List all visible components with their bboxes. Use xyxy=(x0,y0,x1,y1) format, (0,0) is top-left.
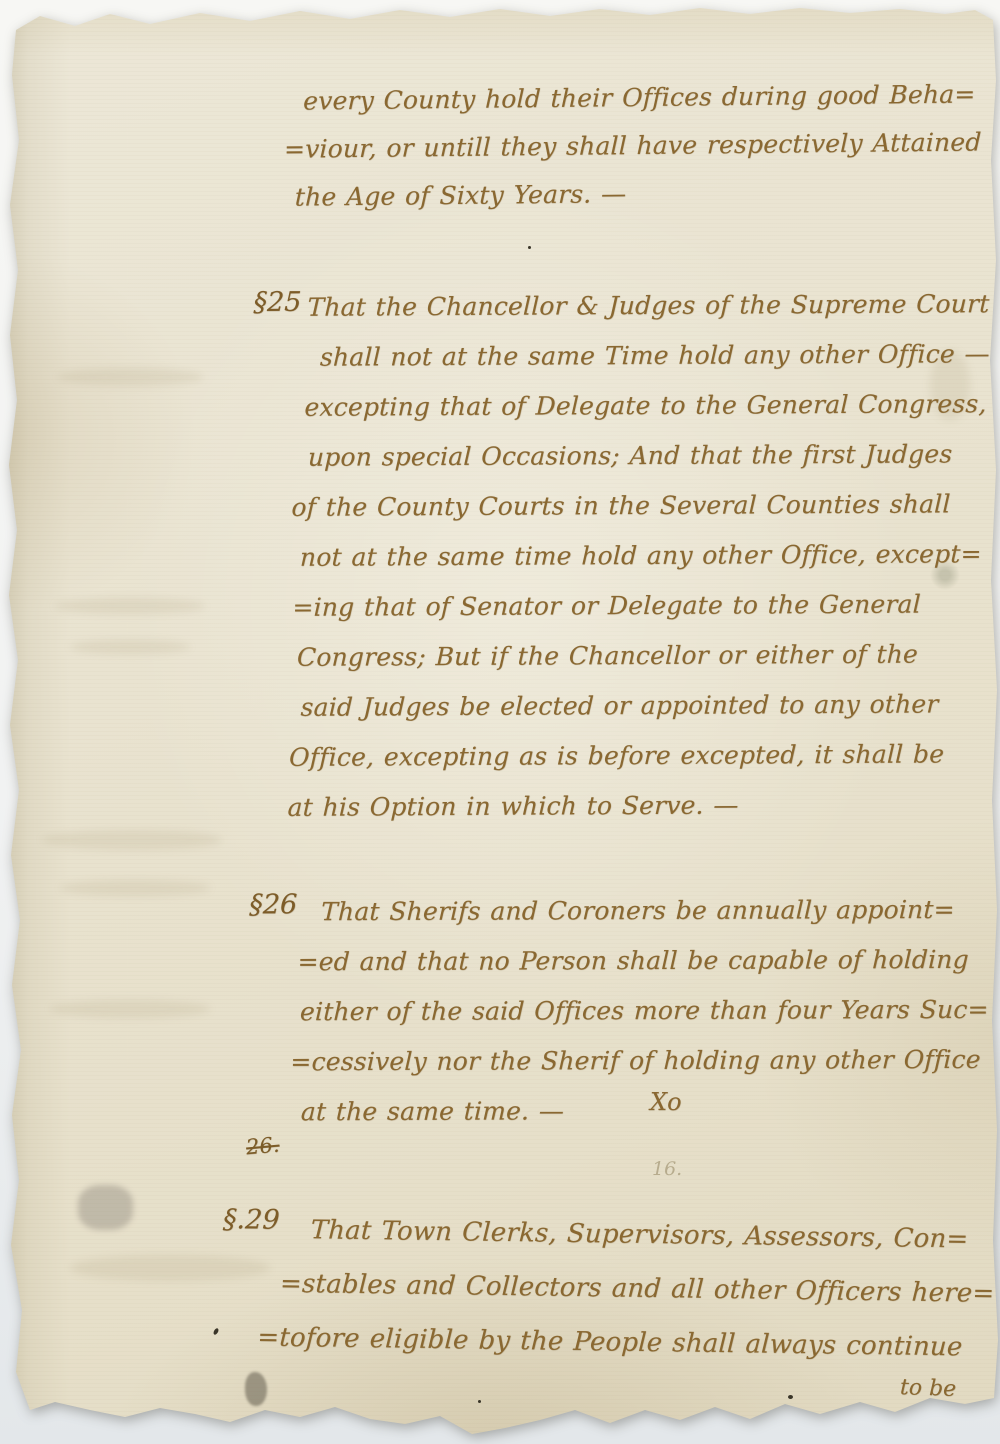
manuscript-line: said Judges be elected or appointed to a… xyxy=(300,679,980,733)
manuscript-line: =viour, or untill they shall have respec… xyxy=(283,118,982,173)
manuscript-line: =ing that of Senator or Delegate to the … xyxy=(292,579,983,633)
ink-fleck xyxy=(788,1395,793,1399)
manuscript-line: of the County Courts in the Several Coun… xyxy=(291,479,986,533)
showthrough-mark xyxy=(70,1255,270,1281)
manuscript-page: every County hold their Offices during g… xyxy=(0,0,1000,1444)
manuscript-line: not at the same time hold any other Offi… xyxy=(299,529,984,583)
manuscript-line: Office, excepting as is before excepted,… xyxy=(288,729,978,783)
section-number: §25 xyxy=(253,287,302,318)
showthrough-mark xyxy=(60,880,210,896)
manuscript-line: =tofore eligible by the People shall alw… xyxy=(256,1311,993,1375)
manuscript-line: Congress; But if the Chancellor or eithe… xyxy=(296,629,981,683)
graphite-smudge xyxy=(78,1185,133,1230)
manuscript-line: shall not at the same Time hold any othe… xyxy=(319,329,990,383)
section-29: §.29 That Town Clerks, Supervisors, Asse… xyxy=(304,1203,998,1374)
showthrough-mark xyxy=(70,640,190,654)
paragraph-opening: every County hold their Offices during g… xyxy=(300,70,983,221)
showthrough-mark xyxy=(50,1000,210,1018)
manuscript-line: the Age of Sixty Years. — xyxy=(294,166,981,221)
manuscript-line: =cessively nor the Sherif of holding any… xyxy=(290,1035,988,1087)
manuscript-line: That Town Clerks, Supervisors, Assessors… xyxy=(309,1203,998,1267)
catchword: to be xyxy=(900,1375,957,1402)
x-annotation: Xo xyxy=(650,1088,682,1116)
manuscript-line: That the Chancellor & Judges of the Supr… xyxy=(307,279,992,333)
manuscript-line: =ed and that no Person shall be capable … xyxy=(297,935,991,987)
manuscript-line: =stables and Collectors and all other Of… xyxy=(279,1257,996,1321)
section-number: §.29 xyxy=(222,1204,280,1236)
manuscript-line: excepting that of Delegate to the Genera… xyxy=(304,379,989,433)
scan-background: every County hold their Offices during g… xyxy=(0,0,1000,1444)
manuscript-line: at his Option in which to Serve. — xyxy=(287,779,977,833)
manuscript-line: upon special Occasions; And that the fir… xyxy=(307,429,987,483)
section-number: §26 xyxy=(249,889,298,920)
showthrough-mark xyxy=(58,368,203,386)
section-25: §25 That the Chancellor & Judges of the … xyxy=(292,279,992,833)
ink-fleck xyxy=(528,246,531,249)
manuscript-line: That Sherifs and Coroners be annually ap… xyxy=(320,885,992,937)
manuscript-line: either of the said Offices more than fou… xyxy=(299,985,989,1037)
ink-smudge xyxy=(245,1372,267,1406)
faint-number: 16. xyxy=(652,1158,682,1180)
showthrough-mark xyxy=(42,830,222,850)
manuscript-line: every County hold their Offices during g… xyxy=(303,70,984,125)
showthrough-mark xyxy=(55,598,205,614)
ink-fleck xyxy=(213,1327,220,1335)
ink-fleck xyxy=(478,1400,481,1403)
manuscript-line: at the same time. — xyxy=(300,1085,986,1137)
paper-shadow: every County hold their Offices during g… xyxy=(0,0,1000,1444)
struck-number: 26. xyxy=(245,1133,280,1160)
